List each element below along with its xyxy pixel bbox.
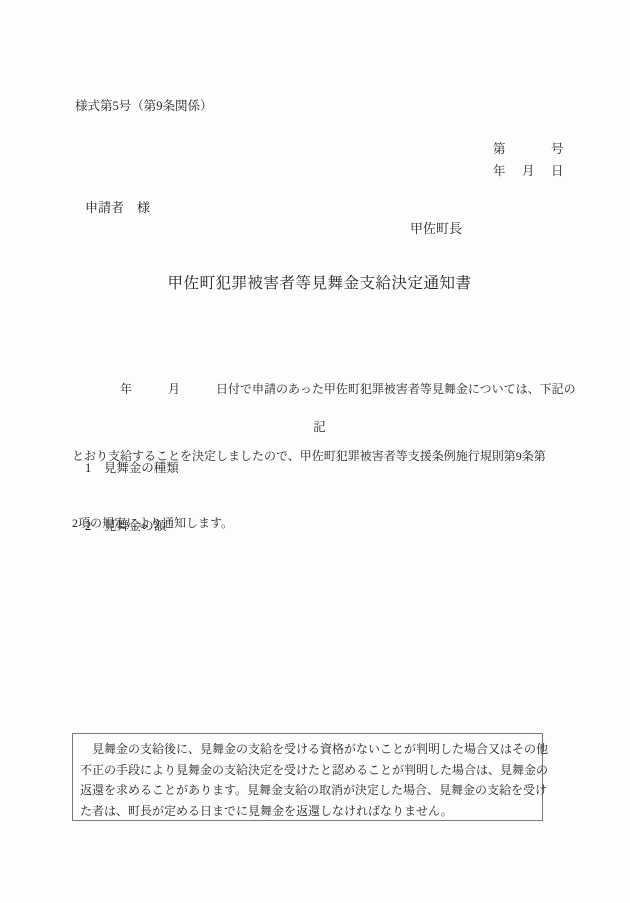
addressee-line: 申請者 様 <box>85 197 150 216</box>
notice-line-1: 見舞金の支給後に、見舞金の支給を受ける資格がないことが判明した場合又はその他 <box>80 739 535 760</box>
body-paragraph: 年 月 日付で申請のあった甲佐町犯罪被害者等見舞金については、下記の とおり支給… <box>72 333 572 579</box>
issue-number-line: 第 号 <box>493 139 566 157</box>
list-item-benefit-amount: 2 見舞金の額 <box>85 516 166 534</box>
list-item-benefit-type: 1 見舞金の種類 <box>85 458 179 476</box>
form-number-label: 様式第5号（第9条関係） <box>75 96 213 114</box>
date-line: 年 月 日 <box>493 161 566 179</box>
notice-line-2: 不正の手段により見舞金の支給決定を受けたと認めることが判明した場合は、見舞金の <box>80 760 535 781</box>
notice-line-3: 返還を求めることがあります。見舞金支給の取消が決定した場合、見舞金の支給を受け <box>80 780 535 801</box>
notice-box: 見舞金の支給後に、見舞金の支給を受ける資格がないことが判明した場合又はその他 不… <box>72 733 543 821</box>
document-title: 甲佐町犯罪被害者等見舞金支給決定通知書 <box>72 271 567 293</box>
notice-line-4: た者は、町長が定める日までに見舞金を返還しなければなりません。 <box>80 801 535 822</box>
body-line-1: 年 月 日付で申請のあった甲佐町犯罪被害者等見舞金については、下記の <box>72 378 572 400</box>
ki-heading: 記 <box>72 417 567 435</box>
sender-name: 甲佐町長 <box>410 218 462 237</box>
document-page: 様式第5号（第9条関係） 第 号 年 月 日 申請者 様 甲佐町長 甲佐町犯罪被… <box>0 0 630 903</box>
